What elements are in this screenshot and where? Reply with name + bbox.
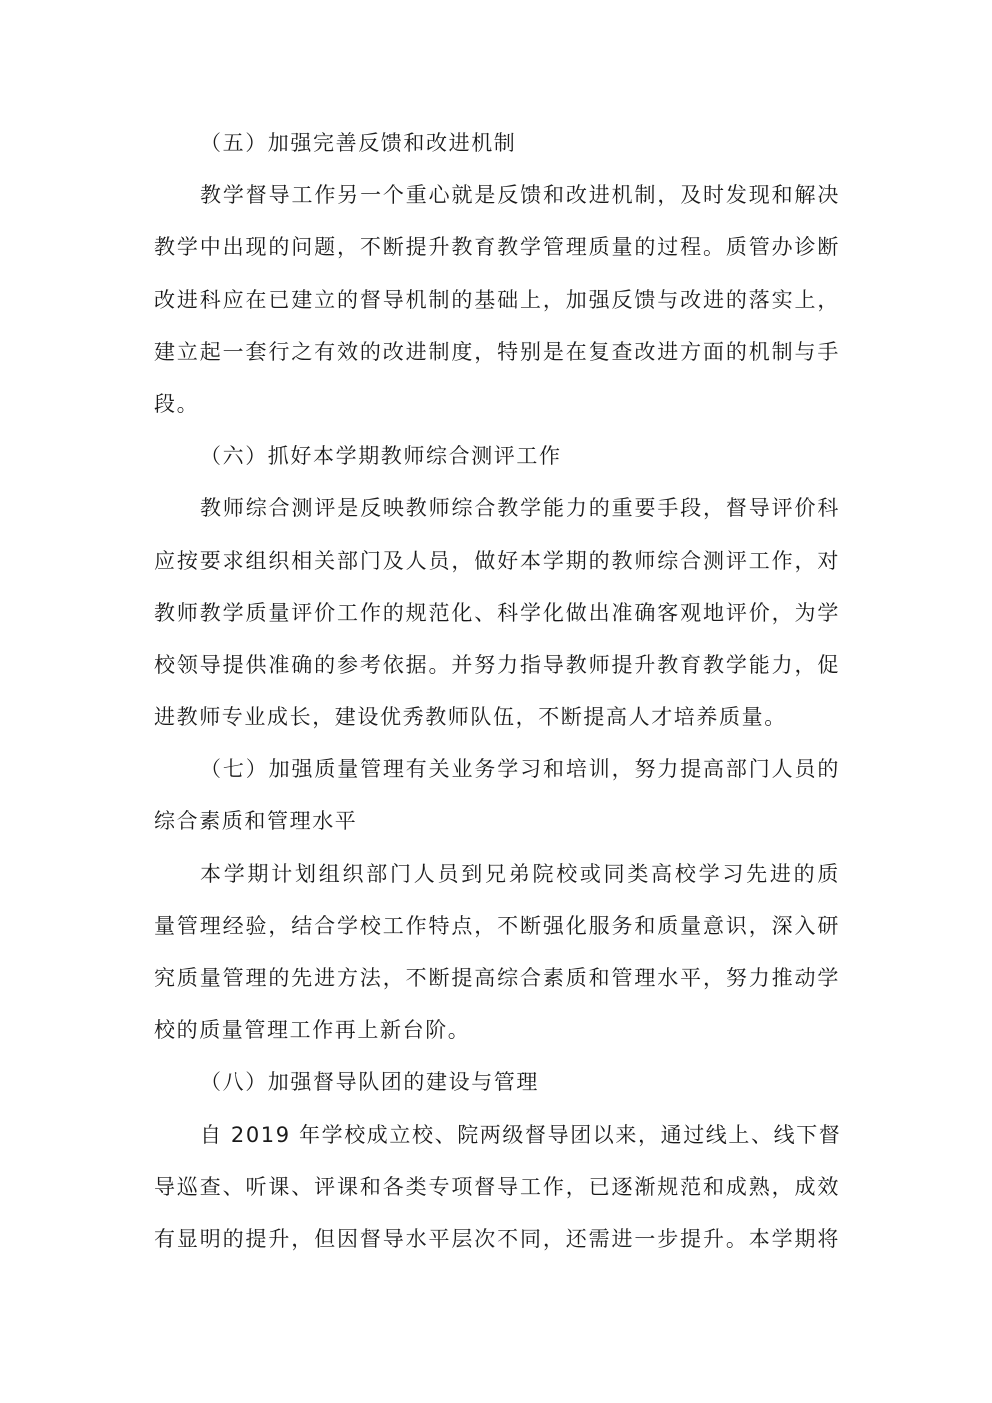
paragraph-line: 改进科应在已建立的督导机制的基础上，加强反馈与改进的落实上， <box>154 285 840 337</box>
paragraph-line: 段。 <box>154 389 840 441</box>
paragraph-line: 本学期计划组织部门人员到兄弟院校或同类高校学习先进的质 <box>154 859 840 911</box>
paragraph-line: 进教师专业成长，建设优秀教师队伍，不断提高人才培养质量。 <box>154 702 840 754</box>
section-heading-5: （五）加强完善反馈和改进机制 <box>154 128 840 180</box>
paragraph-line: 教学督导工作另一个重心就是反馈和改进机制，及时发现和解决 <box>154 180 840 232</box>
section-heading-6: （六）抓好本学期教师综合测评工作 <box>154 441 840 493</box>
paragraph-line: 教师综合测评是反映教师综合教学能力的重要手段，督导评价科 <box>154 493 840 545</box>
section-heading-8: （八）加强督导队团的建设与管理 <box>154 1067 840 1119</box>
paragraph-line: 应按要求组织相关部门及人员，做好本学期的教师综合测评工作，对 <box>154 546 840 598</box>
paragraph-line: 有显明的提升，但因督导水平层次不同，还需进一步提升。本学期将 <box>154 1224 840 1276</box>
paragraph-line: 建立起一套行之有效的改进制度，特别是在复查改进方面的机制与手 <box>154 337 840 389</box>
section-heading-7: （七）加强质量管理有关业务学习和培训，努力提高部门人员的 <box>154 754 840 806</box>
paragraph-line: 校领导提供准确的参考依据。并努力指导教师提升教育教学能力，促 <box>154 650 840 702</box>
paragraph-line: 导巡查、听课、评课和各类专项督导工作，已逐渐规范和成熟，成效 <box>154 1172 840 1224</box>
paragraph-line: 教师教学质量评价工作的规范化、科学化做出准确客观地评价，为学 <box>154 598 840 650</box>
paragraph-line: 自 2019 年学校成立校、院两级督导团以来，通过线上、线下督 <box>154 1120 840 1172</box>
paragraph-line: 量管理经验，结合学校工作特点，不断强化服务和质量意识，深入研 <box>154 911 840 963</box>
section-heading-7-cont: 综合素质和管理水平 <box>154 806 840 858</box>
paragraph-line: 教学中出现的问题，不断提升教育教学管理质量的过程。质管办诊断 <box>154 232 840 284</box>
paragraph-line: 校的质量管理工作再上新台阶。 <box>154 1015 840 1067</box>
paragraph-line: 究质量管理的先进方法，不断提高综合素质和管理水平，努力推动学 <box>154 963 840 1015</box>
document-page: （五）加强完善反馈和改进机制 教学督导工作另一个重心就是反馈和改进机制，及时发现… <box>154 128 840 1276</box>
